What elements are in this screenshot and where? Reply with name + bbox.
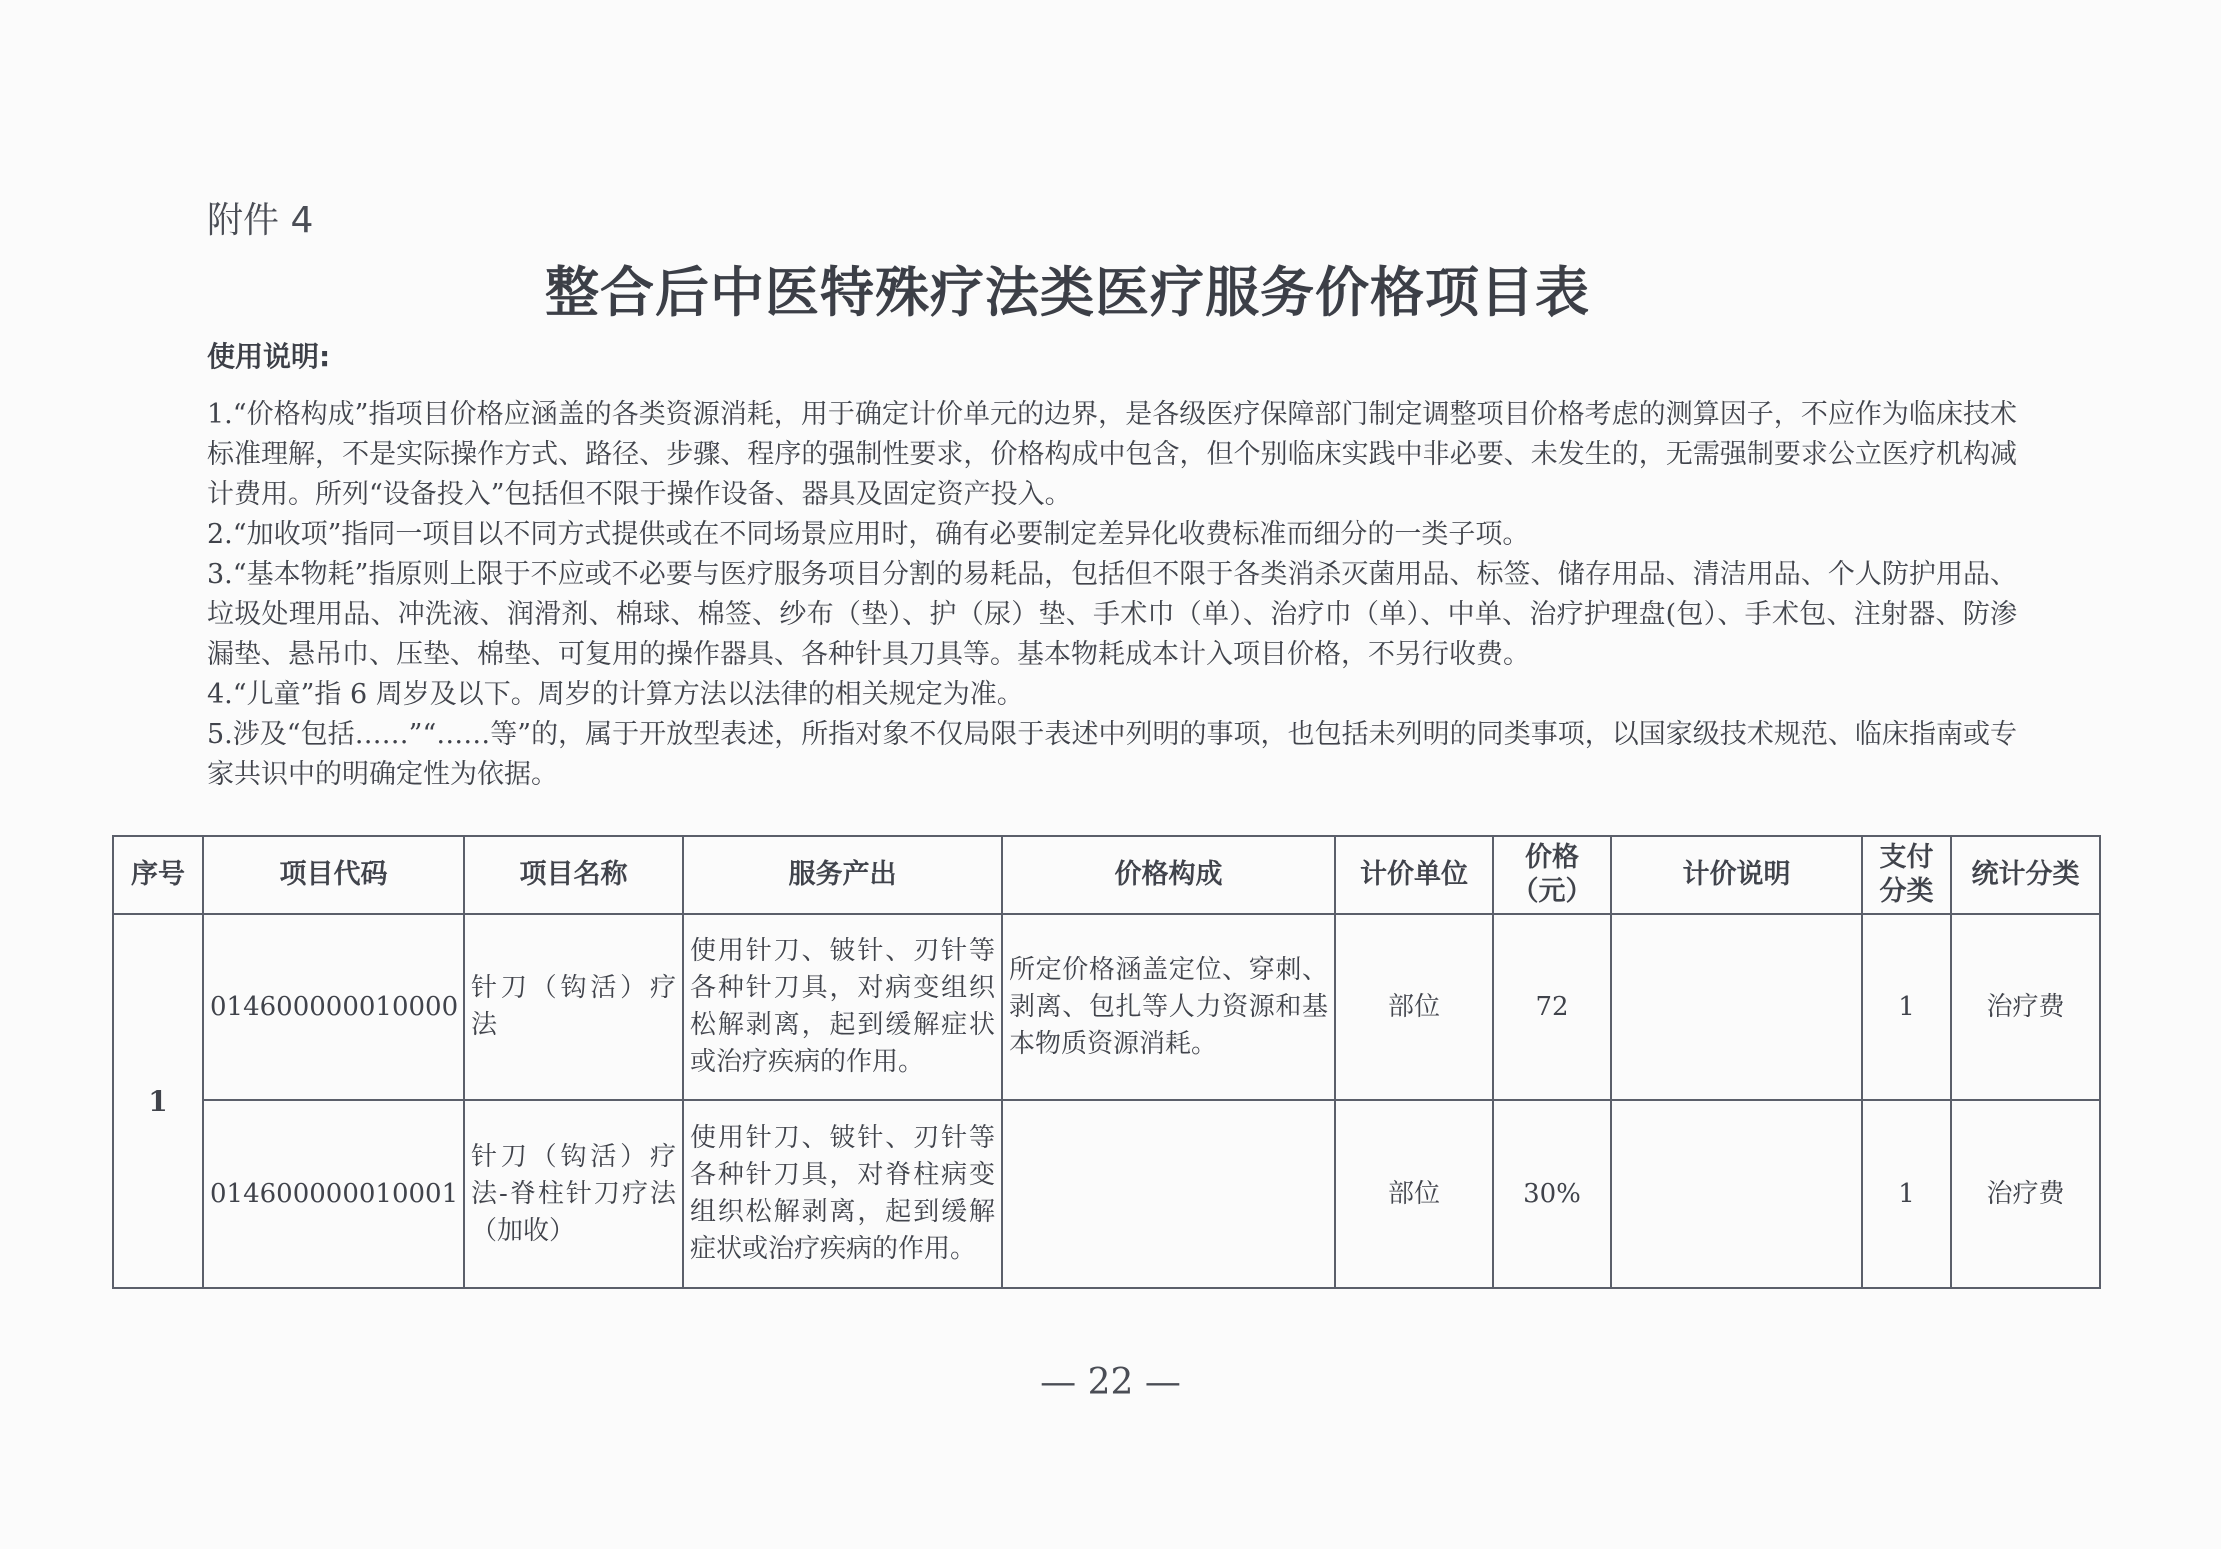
page-number: — 22 — xyxy=(0,1362,2221,1403)
cell-unit: 部位 xyxy=(1335,914,1493,1100)
cell-pay-class: 1 xyxy=(1862,914,1951,1100)
header-composition: 价格构成 xyxy=(1002,836,1335,914)
cell-output: 使用针刀、铍针、刃针等各种针刀具，对脊柱病变组织松解剥离，起到缓解症状或治疗疾病… xyxy=(683,1100,1002,1288)
header-pay-line2: 分类 xyxy=(1869,875,1944,909)
header-stat-class: 统计分类 xyxy=(1951,836,2100,914)
header-pay-line1: 支付 xyxy=(1869,841,1944,875)
document-title: 整合后中医特殊疗法类医疗服务价格项目表 xyxy=(545,250,1590,327)
header-output: 服务产出 xyxy=(683,836,1002,914)
cell-code: 014600000010000 xyxy=(203,914,464,1100)
note-3: 3.“基本物耗”指原则上限于不应或不必要与医疗服务项目分割的易耗品，包括但不限于… xyxy=(207,555,2017,675)
usage-notes: 1.“价格构成”指项目价格应涵盖的各类资源消耗，用于确定计价单元的边界，是各级医… xyxy=(207,395,2017,795)
cell-price-note xyxy=(1611,1100,1862,1288)
table-row: 014600000010001 针刀（钩活）疗法-脊柱针刀疗法（加收） 使用针刀… xyxy=(113,1100,2100,1288)
attachment-label: 附件 4 xyxy=(207,192,313,243)
cell-unit: 部位 xyxy=(1335,1100,1493,1288)
header-price-line2: （元） xyxy=(1500,875,1604,909)
header-name: 项目名称 xyxy=(464,836,683,914)
table-row: 1 014600000010000 针刀（钩活）疗法 使用针刀、铍针、刃针等各种… xyxy=(113,914,2100,1100)
cell-name: 针刀（钩活）疗法-脊柱针刀疗法（加收） xyxy=(464,1100,683,1288)
cell-name: 针刀（钩活）疗法 xyxy=(464,914,683,1100)
header-price: 价格 （元） xyxy=(1493,836,1611,914)
header-code: 项目代码 xyxy=(203,836,464,914)
note-2: 2.“加收项”指同一项目以不同方式提供或在不同场景应用时，确有必要制定差异化收费… xyxy=(207,515,2017,555)
header-price-line1: 价格 xyxy=(1500,841,1604,875)
note-1: 1.“价格构成”指项目价格应涵盖的各类资源消耗，用于确定计价单元的边界，是各级医… xyxy=(207,395,2017,515)
header-unit: 计价单位 xyxy=(1335,836,1493,914)
table-header-row: 序号 项目代码 项目名称 服务产出 价格构成 计价单位 价格 （元） 计价说明 … xyxy=(113,836,2100,914)
cell-composition xyxy=(1002,1100,1335,1288)
cell-stat-class: 治疗费 xyxy=(1951,1100,2100,1288)
note-5: 5.涉及“包括……”“……等”的，属于开放型表述，所指对象不仅局限于表述中列明的… xyxy=(207,715,2017,795)
header-seq: 序号 xyxy=(113,836,203,914)
cell-pay-class: 1 xyxy=(1862,1100,1951,1288)
cell-output: 使用针刀、铍针、刃针等各种针刀具，对病变组织松解剥离，起到缓解症状或治疗疾病的作… xyxy=(683,914,1002,1100)
cell-price-note xyxy=(1611,914,1862,1100)
cell-composition: 所定价格涵盖定位、穿刺、剥离、包扎等人力资源和基本物质资源消耗。 xyxy=(1002,914,1335,1100)
cell-seq: 1 xyxy=(113,914,203,1288)
price-item-table: 序号 项目代码 项目名称 服务产出 价格构成 计价单位 价格 （元） 计价说明 … xyxy=(112,835,2101,1289)
header-price-note: 计价说明 xyxy=(1611,836,1862,914)
cell-stat-class: 治疗费 xyxy=(1951,914,2100,1100)
header-pay-class: 支付 分类 xyxy=(1862,836,1951,914)
usage-heading: 使用说明: xyxy=(207,335,330,375)
cell-price: 30% xyxy=(1493,1100,1611,1288)
cell-code: 014600000010001 xyxy=(203,1100,464,1288)
note-4: 4.“儿童”指 6 周岁及以下。周岁的计算方法以法律的相关规定为准。 xyxy=(207,675,2017,715)
cell-price: 72 xyxy=(1493,914,1611,1100)
